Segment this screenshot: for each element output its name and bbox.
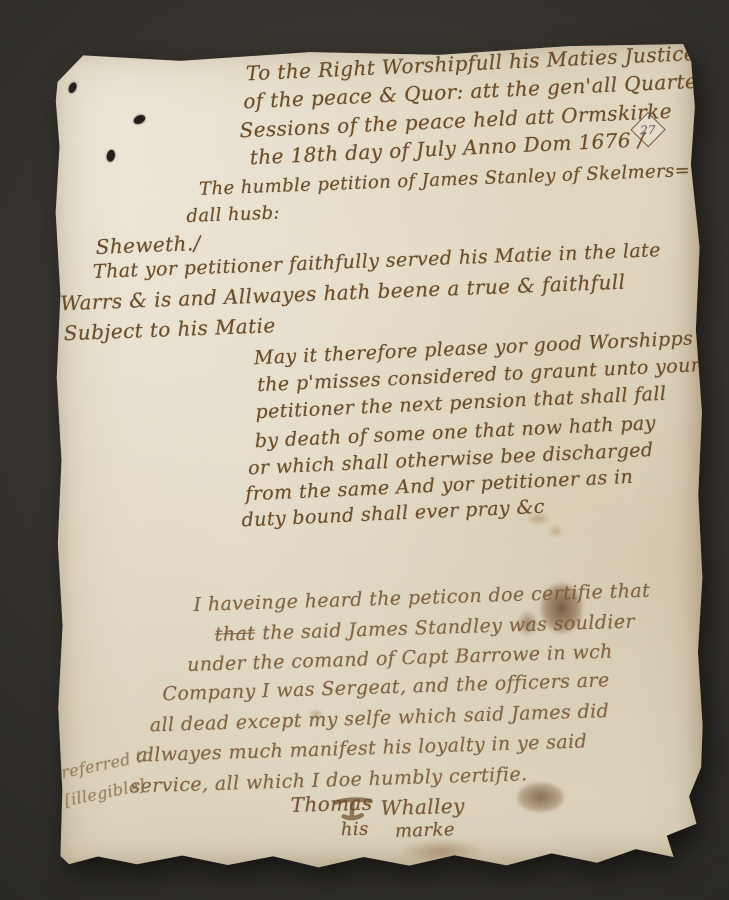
worm-hole	[106, 149, 116, 162]
certificate-line: thatthe said James Standley was souldier	[215, 611, 636, 646]
mark-caption-his: his	[341, 819, 369, 841]
paper-shadow-wrap: 27 To the Right Worshipfull his Maties J…	[0, 0, 729, 900]
marginalia-line: [illegible]	[63, 775, 147, 810]
ink-blot	[516, 782, 564, 813]
body-line: Subject to his Matie	[63, 313, 276, 345]
petition-title-line: dall husb:	[186, 202, 280, 227]
stain	[399, 839, 483, 864]
manuscript-page: 27 To the Right Worshipfull his Maties J…	[51, 41, 708, 874]
certificate-line-text: the said James Standley was souldier	[262, 611, 635, 645]
worm-hole	[67, 81, 78, 94]
sheweth-label: Sheweth./	[95, 231, 201, 259]
worm-hole	[132, 113, 146, 125]
photo-background: 27 To the Right Worshipfull his Maties J…	[0, 0, 729, 900]
stain	[548, 524, 564, 538]
certificate-line: allwayes much manifest his loyalty in ye…	[136, 730, 588, 766]
his-mark-symbol	[331, 792, 377, 822]
struck-word: that	[215, 622, 256, 645]
certificate-line: I haveinge heard the peticon doe certifi…	[193, 580, 650, 616]
mark-caption-marke: marke	[395, 819, 456, 842]
signature-surname: Whalley	[380, 794, 465, 820]
